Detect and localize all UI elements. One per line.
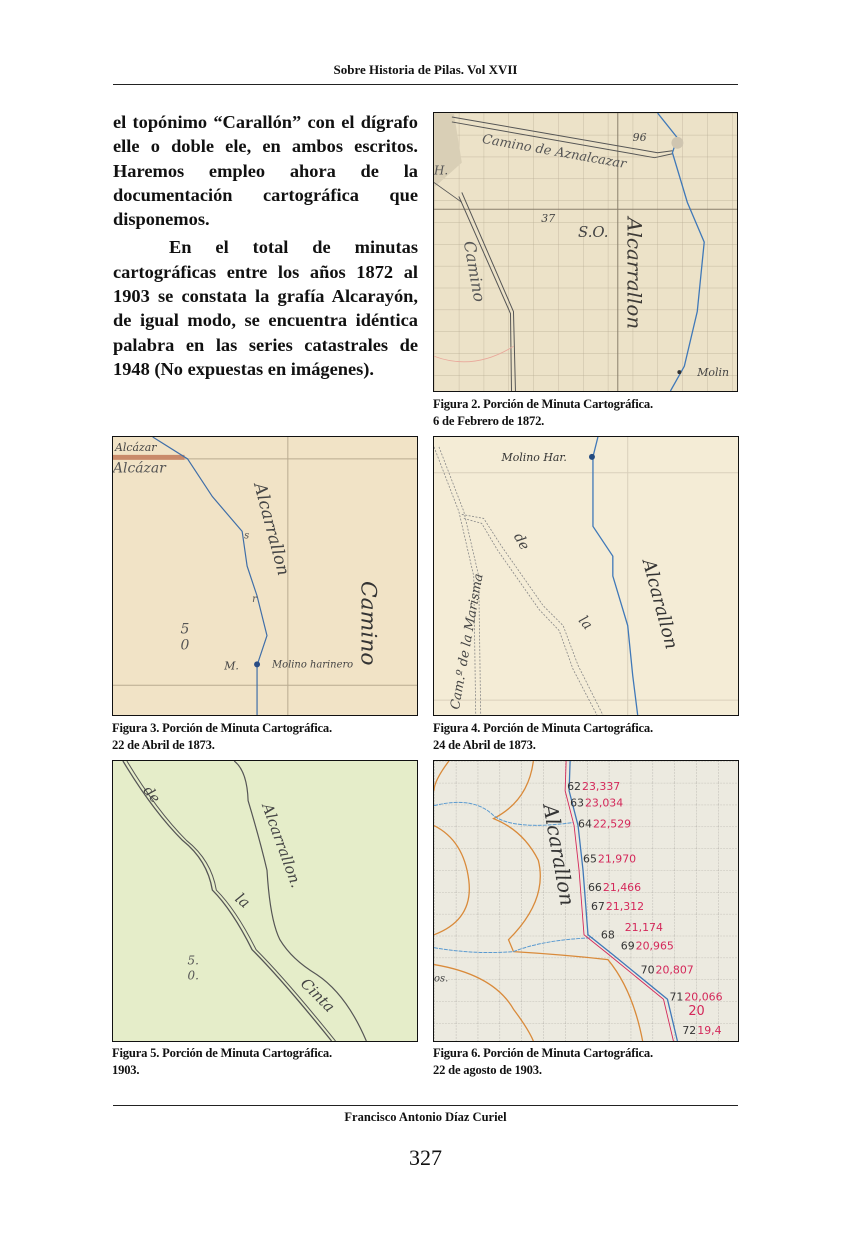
footer-rule: [113, 1105, 738, 1106]
svg-text:70: 70: [641, 963, 655, 976]
molino-label: Molin: [696, 366, 729, 379]
svg-text:69: 69: [621, 940, 635, 953]
figure-5-map: Alcarrallon. de la Cinta 5. 0.: [112, 760, 418, 1042]
caption-date: 6 de Febrero de 1872.: [433, 413, 743, 430]
svg-text:23,034: 23,034: [585, 797, 623, 810]
svg-text:22,529: 22,529: [593, 818, 631, 831]
svg-text:21,466: 21,466: [603, 881, 641, 894]
svg-text:65: 65: [583, 852, 597, 865]
svg-text:64: 64: [578, 818, 592, 831]
so-label: S.O.: [578, 223, 608, 241]
footer-author: Francisco Antonio Díaz Curiel: [113, 1110, 738, 1125]
caption-title: Figura 4. Porción de Minuta Cartográfica…: [433, 720, 743, 737]
figure-4-caption: Figura 4. Porción de Minuta Cartográfica…: [433, 720, 743, 754]
figure-5-caption: Figura 5. Porción de Minuta Cartográfica…: [112, 1045, 422, 1079]
svg-text:20,066: 20,066: [684, 990, 722, 1003]
svg-text:63: 63: [570, 797, 584, 810]
paragraph-1: el topónimo “Carallón” con el dígrafo el…: [113, 110, 418, 231]
running-head: Sobre Historia de Pilas. Vol XVII: [113, 62, 738, 78]
figure-2-caption: Figura 2. Porción de Minuta Cartográfica…: [433, 396, 743, 430]
svg-text:H.: H.: [434, 164, 448, 178]
svg-text:19,4: 19,4: [697, 1024, 721, 1037]
svg-text:s: s: [244, 530, 249, 541]
page-number: 327: [113, 1145, 738, 1171]
svg-text:21,312: 21,312: [606, 900, 644, 913]
svg-text:67: 67: [591, 900, 605, 913]
svg-text:20,965: 20,965: [636, 940, 674, 953]
figure-2-map: Camino de Aznalcazar Camino Alcarrallon …: [433, 112, 738, 392]
svg-text:21,174: 21,174: [625, 921, 663, 934]
svg-text:23,337: 23,337: [582, 780, 620, 793]
header-rule: [113, 84, 738, 85]
m-label: M.: [223, 659, 239, 672]
figure-3-map: Alcázar Alcázar Alcarrallon Camino M. Mo…: [112, 436, 418, 716]
svg-text:72: 72: [682, 1024, 696, 1037]
figure-6-caption: Figura 6. Porción de Minuta Cartográfica…: [433, 1045, 743, 1079]
caption-title: Figura 5. Porción de Minuta Cartográfica…: [112, 1045, 422, 1062]
figure-6-map: Alcarallon os. 62 23,337 63 23,034 64 22…: [433, 760, 739, 1042]
figure-4-map: Molino Har. Cam.º de la Marisma de la Al…: [433, 436, 739, 716]
svg-text:96: 96: [633, 131, 647, 144]
svg-text:37: 37: [541, 212, 555, 225]
caption-date: 1903.: [112, 1062, 422, 1079]
svg-text:5.: 5.: [188, 954, 199, 968]
svg-text:Alcázar: Alcázar: [114, 441, 157, 454]
svg-text:62: 62: [567, 780, 581, 793]
camino-label: Camino: [355, 581, 380, 666]
mill-label: Molino Har.: [501, 451, 567, 464]
caption-title: Figura 3. Porción de Minuta Cartográfica…: [112, 720, 422, 737]
mill-label: Molino harinero: [271, 659, 353, 670]
caption-date: 22 de Abril de 1873.: [112, 737, 422, 754]
svg-text:5: 5: [181, 622, 190, 638]
svg-text:66: 66: [588, 881, 602, 894]
svg-text:0: 0: [181, 637, 190, 653]
svg-text:0.: 0.: [188, 968, 199, 982]
svg-text:20: 20: [688, 1004, 704, 1019]
caption-date: 22 de agosto de 1903.: [433, 1062, 743, 1079]
svg-text:21,970: 21,970: [598, 852, 636, 865]
body-text-column: el topónimo “Carallón” con el dígrafo el…: [113, 110, 418, 381]
caption-title: Figura 6. Porción de Minuta Cartográfica…: [433, 1045, 743, 1062]
stream-label: Alcarrallon: [623, 215, 646, 329]
svg-text:71: 71: [669, 990, 683, 1003]
figure-3-caption: Figura 3. Porción de Minuta Cartográfica…: [112, 720, 422, 754]
caption-title: Figura 2. Porción de Minuta Cartográfica…: [433, 396, 743, 413]
caption-date: 24 de Abril de 1873.: [433, 737, 743, 754]
alcazar-label: Alcázar: [113, 461, 167, 477]
svg-text:20,807: 20,807: [656, 963, 694, 976]
svg-text:68: 68: [601, 929, 615, 942]
svg-text:os.: os.: [434, 973, 448, 984]
paragraph-2: En el total de minutas cartográficas ent…: [113, 235, 418, 381]
